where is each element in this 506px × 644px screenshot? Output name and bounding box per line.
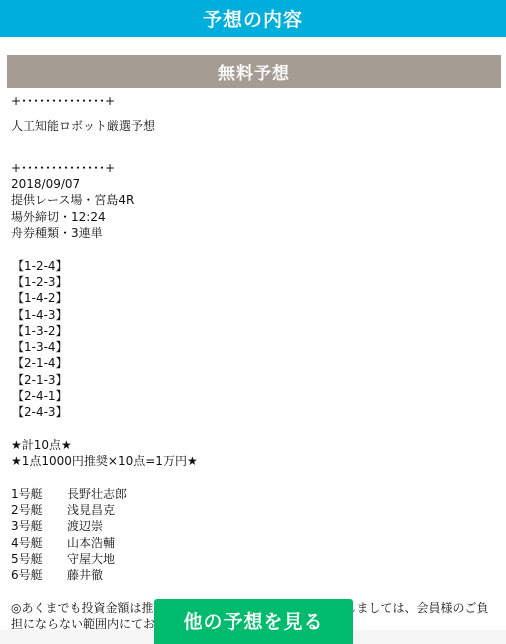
bet-item: 【2-4-1】 — [11, 388, 501, 404]
racer-row: 2号艇 浅見昌克 — [11, 502, 501, 518]
race-deadline: 場外締切・12:24 — [11, 209, 501, 225]
bet-item: 【1-2-3】 — [11, 274, 501, 290]
boat-number: 4号艇 — [11, 535, 67, 551]
racer-row: 1号艇 長野壮志郎 — [11, 486, 501, 502]
bet-list: 【1-2-4】 【1-2-3】 【1-4-2】 【1-4-3】 【1-3-2】 … — [11, 258, 501, 421]
headline: 人工知能ロボット厳選予想 — [11, 118, 501, 134]
divider-top: +･･････････････+ — [11, 93, 501, 109]
page-header: 予想の内容 — [0, 0, 506, 37]
divider-bottom: +･･････････････+ — [11, 160, 501, 176]
bet-item: 【1-2-4】 — [11, 258, 501, 274]
racer-row: 4号艇 山本浩輔 — [11, 535, 501, 551]
section-banner: 無料予想 — [7, 55, 501, 88]
boat-number: 3号艇 — [11, 518, 67, 534]
racer-name: 守屋大地 — [67, 551, 115, 567]
bet-item: 【1-4-2】 — [11, 290, 501, 306]
boat-number: 6号艇 — [11, 567, 67, 583]
bet-item: 【2-1-4】 — [11, 355, 501, 371]
racer-row: 6号艇 藤井徹 — [11, 567, 501, 583]
bet-item: 【2-1-3】 — [11, 372, 501, 388]
stake-summary: ★1点1000円推奨×10点=1万円★ — [11, 453, 501, 469]
boat-number: 1号艇 — [11, 486, 67, 502]
race-date: 2018/09/07 — [11, 176, 501, 192]
bet-item: 【1-4-3】 — [11, 307, 501, 323]
boat-number: 5号艇 — [11, 551, 67, 567]
bet-item: 【2-4-3】 — [11, 404, 501, 420]
more-predictions-button[interactable]: 他の予想を見る — [154, 599, 353, 644]
section-title: 無料予想 — [218, 59, 290, 84]
racer-name: 長野壮志郎 — [67, 486, 127, 502]
total-points: ★計10点★ — [11, 437, 501, 453]
racer-row: 3号艇 渡辺崇 — [11, 518, 501, 534]
racer-name: 渡辺崇 — [67, 518, 103, 534]
boat-number: 2号艇 — [11, 502, 67, 518]
ticket-type: 舟券種類・3連単 — [11, 225, 501, 241]
racer-list: 1号艇 長野壮志郎 2号艇 浅見昌克 3号艇 渡辺崇 4号艇 山本浩輔 5号艇 … — [11, 486, 501, 584]
page-title: 予想の内容 — [203, 5, 303, 32]
racer-name: 山本浩輔 — [67, 535, 115, 551]
bet-item: 【1-3-2】 — [11, 323, 501, 339]
racer-row: 5号艇 守屋大地 — [11, 551, 501, 567]
prediction-content: +･･････････････+ 人工知能ロボット厳選予想 +･････････… — [11, 93, 501, 633]
racer-name: 藤井徹 — [67, 567, 103, 583]
race-venue: 提供レース場・宮島4R — [11, 192, 501, 208]
bet-item: 【1-3-4】 — [11, 339, 501, 355]
racer-name: 浅見昌克 — [67, 502, 115, 518]
